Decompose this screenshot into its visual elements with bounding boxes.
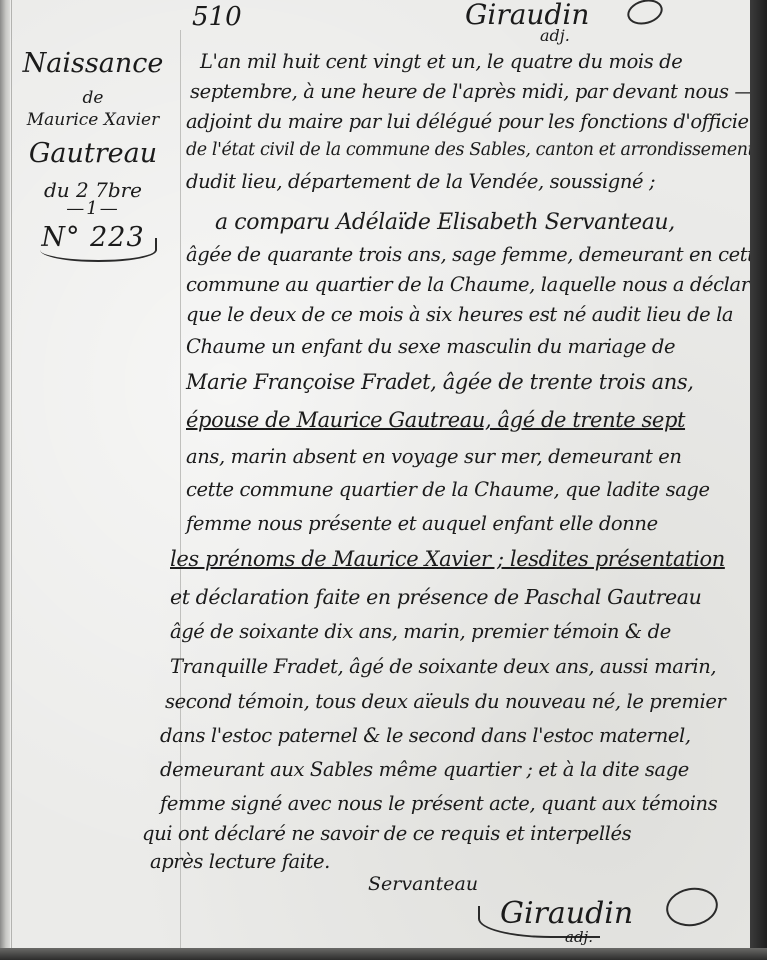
scan-bottom-edge: [0, 948, 767, 960]
signature-paraph-icon: [625, 0, 666, 28]
margin-title: Naissance: [8, 48, 178, 79]
body-line: Chaume un enfant du sexe masculin du mar…: [186, 335, 675, 358]
body-line: second témoin, tous deux aïeuls du nouve…: [165, 690, 725, 713]
body-line: adjoint du maire par lui délégué pour le…: [186, 110, 758, 133]
body-line-father: épouse de Maurice Gautreau, âgé de trent…: [186, 408, 685, 432]
body-line: demeurant aux Sables même quartier ; et …: [160, 758, 689, 781]
body-line: de l'état civil de la commune des Sables…: [186, 140, 754, 160]
body-line: femme nous présente et auquel enfant ell…: [186, 512, 658, 535]
body-line: septembre, à une heure de l'après midi, …: [190, 80, 754, 103]
body-line: cette commune quartier de la Chaume, que…: [186, 478, 710, 501]
official-signature: Giraudin: [500, 896, 633, 931]
margin-flourish-icon: [40, 238, 157, 262]
margin-dash: —1—: [8, 198, 178, 219]
body-line-declarant: a comparu Adélaïde Elisabeth Servanteau,: [215, 210, 675, 235]
body-line: âgé de soixante dix ans, marin, premier …: [170, 620, 671, 643]
register-page: 510 Giraudin adj. Naissance de Maurice X…: [0, 0, 750, 960]
body-line: Tranquille Fradet, âgé de soixante deux …: [170, 655, 716, 678]
body-line: commune au quartier de la Chaume, laquel…: [186, 273, 761, 296]
body-line: ans, marin absent en voyage sur mer, dem…: [186, 445, 682, 468]
body-line: femme signé avec nous le présent acte, q…: [160, 792, 717, 815]
body-line: âgée de quarante trois ans, sage femme, …: [186, 243, 766, 266]
body-line: et déclaration faite en présence de Pasc…: [170, 585, 701, 609]
body-line: qui ont déclaré ne savoir de ce requis e…: [142, 822, 631, 845]
margin-child-name: Maurice Xavier: [8, 110, 178, 130]
official-signature-suffix: adj.: [565, 928, 593, 946]
body-line-child-name: les prénoms de Maurice Xavier ; lesdites…: [170, 547, 725, 571]
body-line-mother: Marie Françoise Fradet, âgée de trente t…: [186, 370, 694, 394]
body-line: après lecture faite.: [150, 850, 330, 873]
body-line: que le deux de ce mois à six heures est …: [186, 303, 733, 326]
scan-right-edge: [750, 0, 767, 960]
signature-paraph-icon: [663, 884, 721, 930]
margin-de: de: [8, 88, 178, 108]
body-line: dans l'estoc paternel & le second dans l…: [160, 724, 691, 747]
margin-surname: Gautreau: [8, 138, 178, 169]
header-signature-suffix: adj.: [540, 26, 570, 45]
entry-mark: 510: [192, 2, 242, 32]
header-signature: Giraudin: [465, 0, 589, 31]
body-line: L'an mil huit cent vingt et un, le quatr…: [200, 50, 682, 73]
declarant-signature: Servanteau: [368, 873, 478, 895]
body-line: dudit lieu, département de la Vendée, so…: [186, 170, 655, 193]
